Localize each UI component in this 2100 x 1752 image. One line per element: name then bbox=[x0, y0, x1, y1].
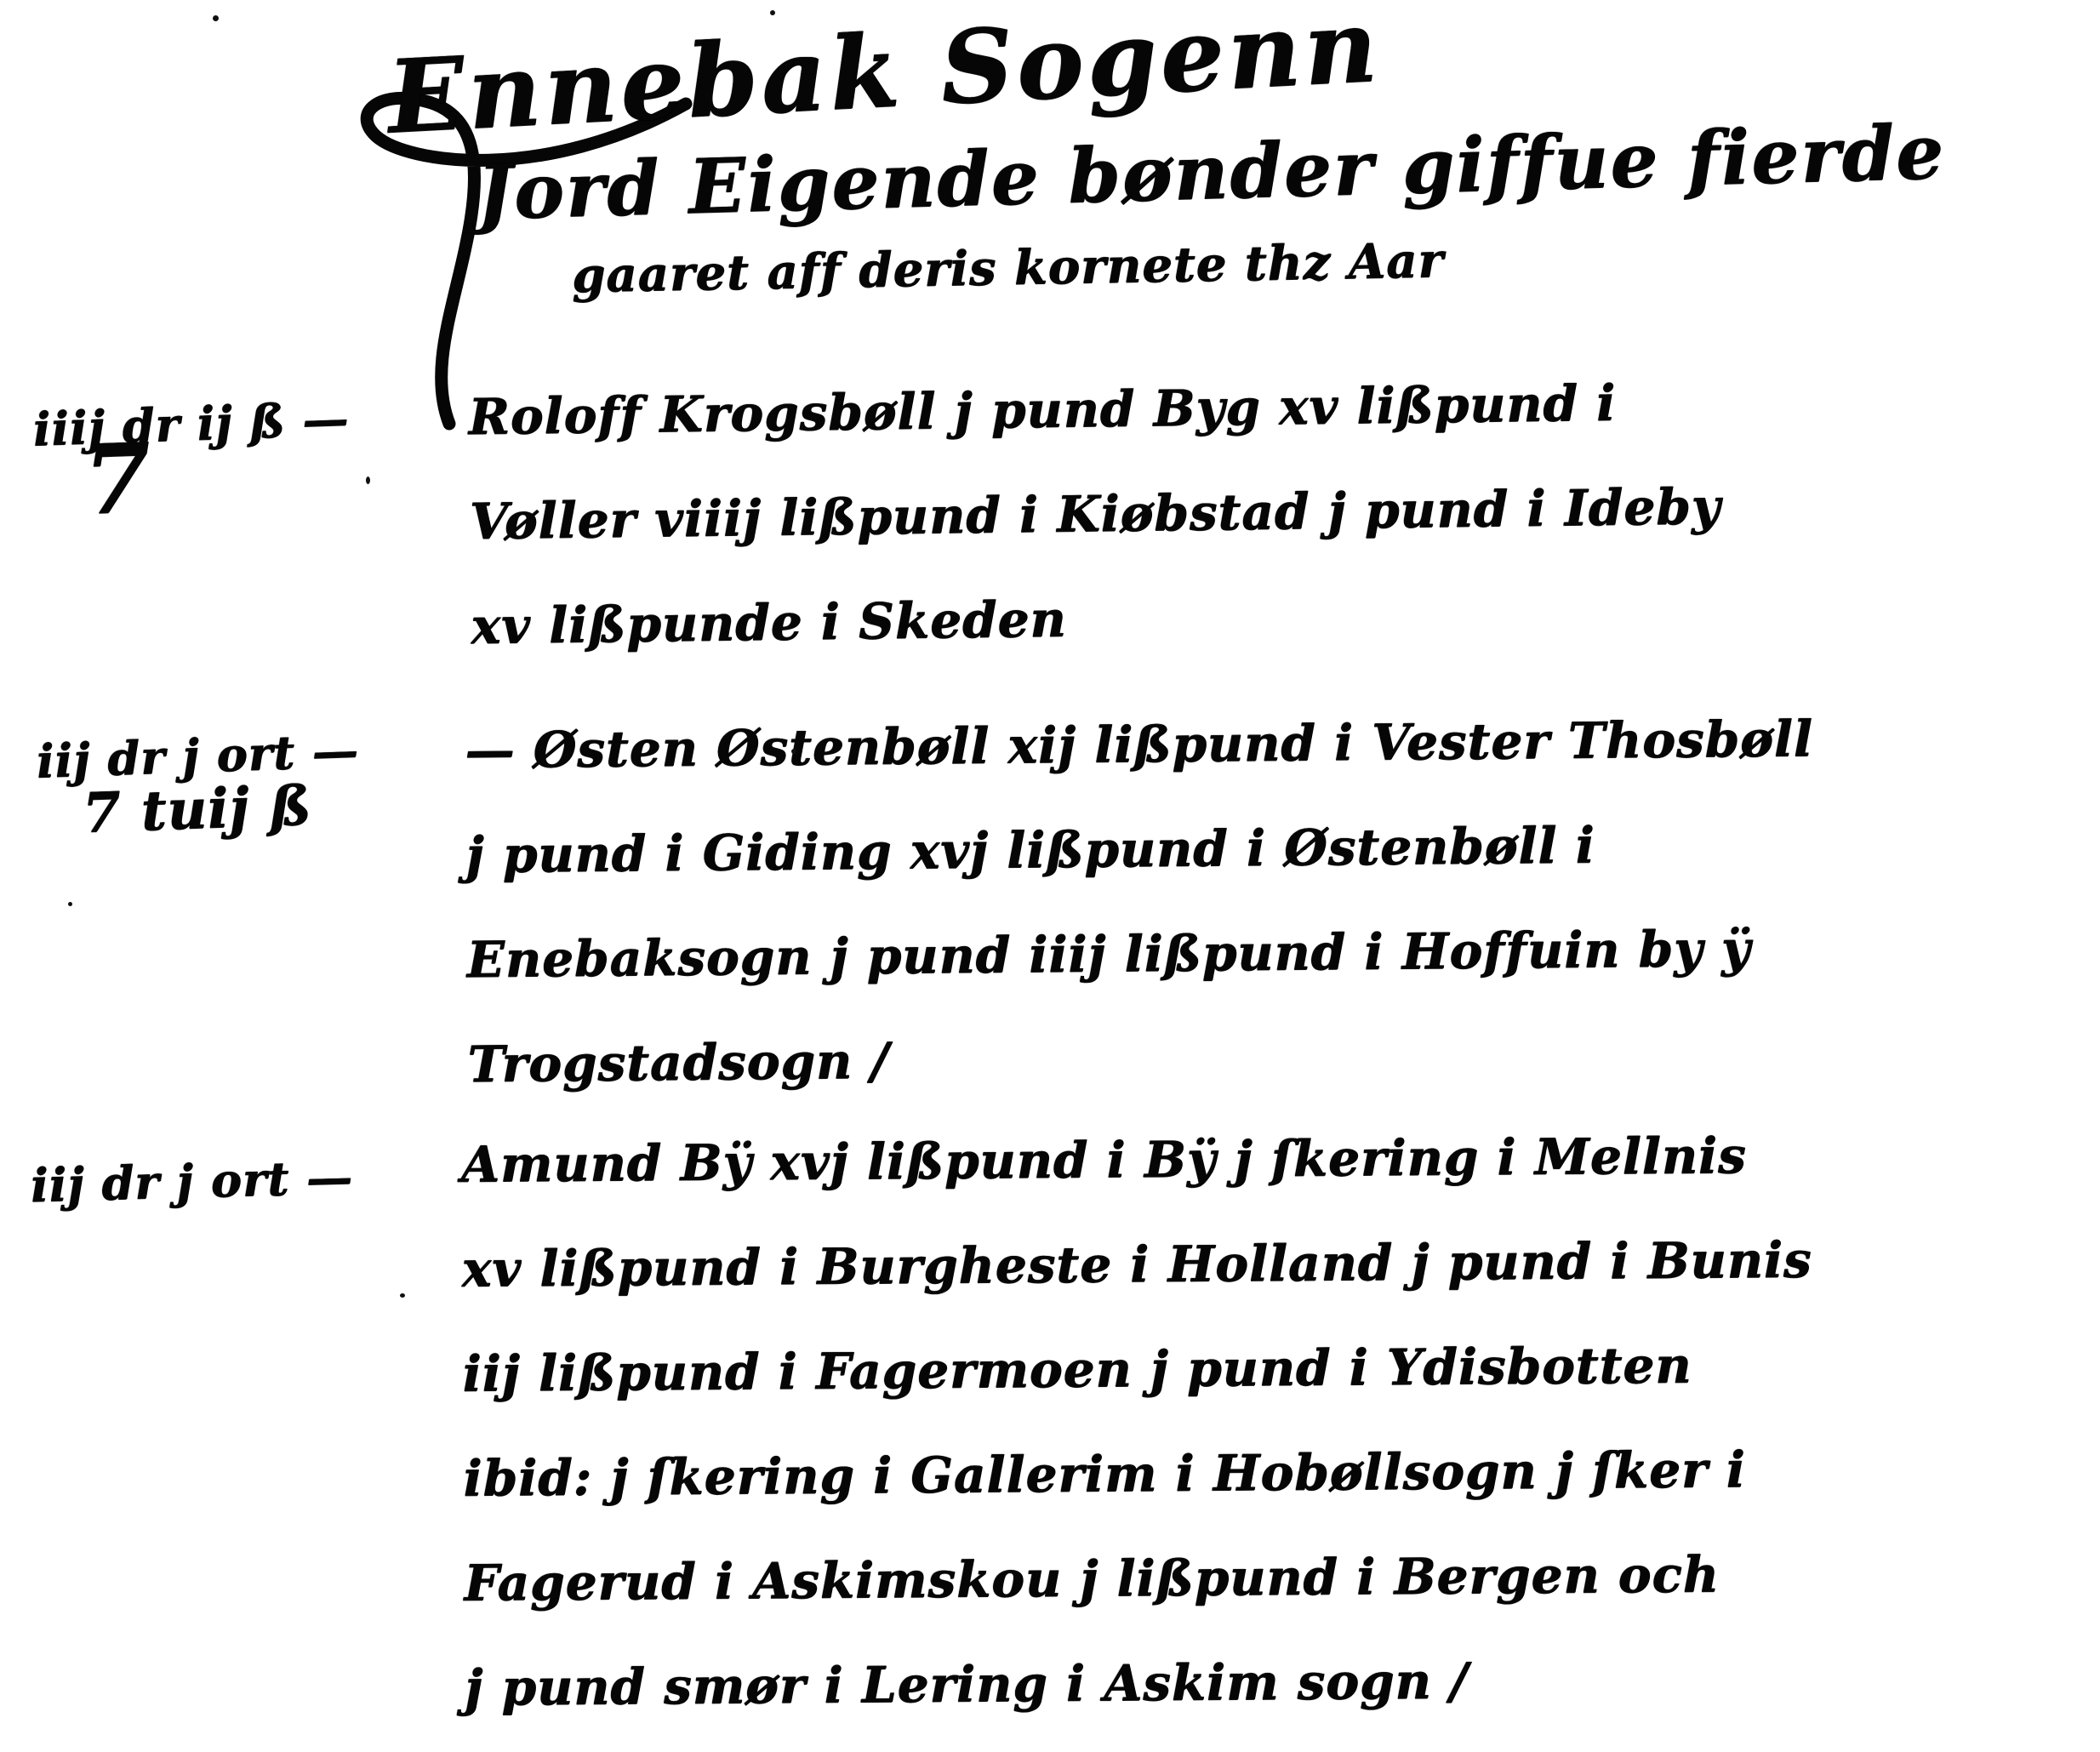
text-line: Fagerud i Askimskou j lißpund i Bergen o… bbox=[464, 1521, 1815, 1635]
entry-text: — Østen Østenbøll xij lißpund i Vester T… bbox=[465, 687, 1817, 1117]
amount-line: iij dr j ort — bbox=[30, 1150, 353, 1213]
entry-amount: iij dr j ort — bbox=[30, 1150, 353, 1213]
amount-line: iiij dr ij ß — bbox=[32, 391, 351, 457]
text-line: xv lißpunde i Skeden bbox=[471, 559, 1723, 679]
manuscript-page: Ennebak Sogenn Jord Eigende bønder giffu… bbox=[0, 0, 2100, 1752]
text-line: j pund smør i Lering i Askim sogn / bbox=[465, 1626, 1816, 1740]
ink-speck bbox=[400, 1293, 405, 1298]
text-line: xv lißpund i Burgheste i Holland j pund … bbox=[461, 1207, 1812, 1321]
ink-speck bbox=[366, 477, 370, 484]
entry-text: Amund Bÿ xvj lißpund i Bÿ j ſkering i Me… bbox=[460, 1103, 1815, 1740]
entry-amount: iiij dr ij ß — 7 bbox=[32, 391, 352, 522]
text-line: Vøller viiij lißpund i Kiøbstad j pund i… bbox=[469, 454, 1721, 574]
text-line: j pund i Giding xvj lißpund i Østenbøll … bbox=[465, 791, 1814, 908]
entry-text: Roloff Krogsbøll j pund Byg xv lißpund i… bbox=[468, 350, 1723, 679]
text-line: iij lißpund i Fagermoen j pund i Ydisbot… bbox=[462, 1312, 1813, 1426]
text-line: Enebaksogn j pund iiij lißpund i Hoffuin… bbox=[466, 896, 1815, 1013]
text-line: Amund Bÿ xvj lißpund i Bÿ j ſkering i Me… bbox=[460, 1103, 1812, 1217]
text-line: ibid: j ſkering i Gallerim i Hobøllsogn … bbox=[463, 1417, 1814, 1531]
text-line: Trogstadsogn / bbox=[467, 1001, 1816, 1117]
amount-line: 7 tuij ß bbox=[82, 772, 362, 845]
text-line: Roloff Krogsbøll j pund Byg xv lißpund i bbox=[468, 350, 1721, 470]
entry-amount: iij dr j ort — 7 tuij ß bbox=[36, 722, 362, 847]
text-line: — Østen Østenbøll xij lißpund i Vester T… bbox=[465, 687, 1813, 803]
header-subline: gaaret aff deris kornete thz Aar bbox=[572, 232, 1445, 304]
ink-speck bbox=[213, 15, 219, 21]
ink-speck bbox=[770, 10, 775, 15]
ink-speck bbox=[68, 902, 72, 906]
ink-speck bbox=[791, 749, 796, 754]
